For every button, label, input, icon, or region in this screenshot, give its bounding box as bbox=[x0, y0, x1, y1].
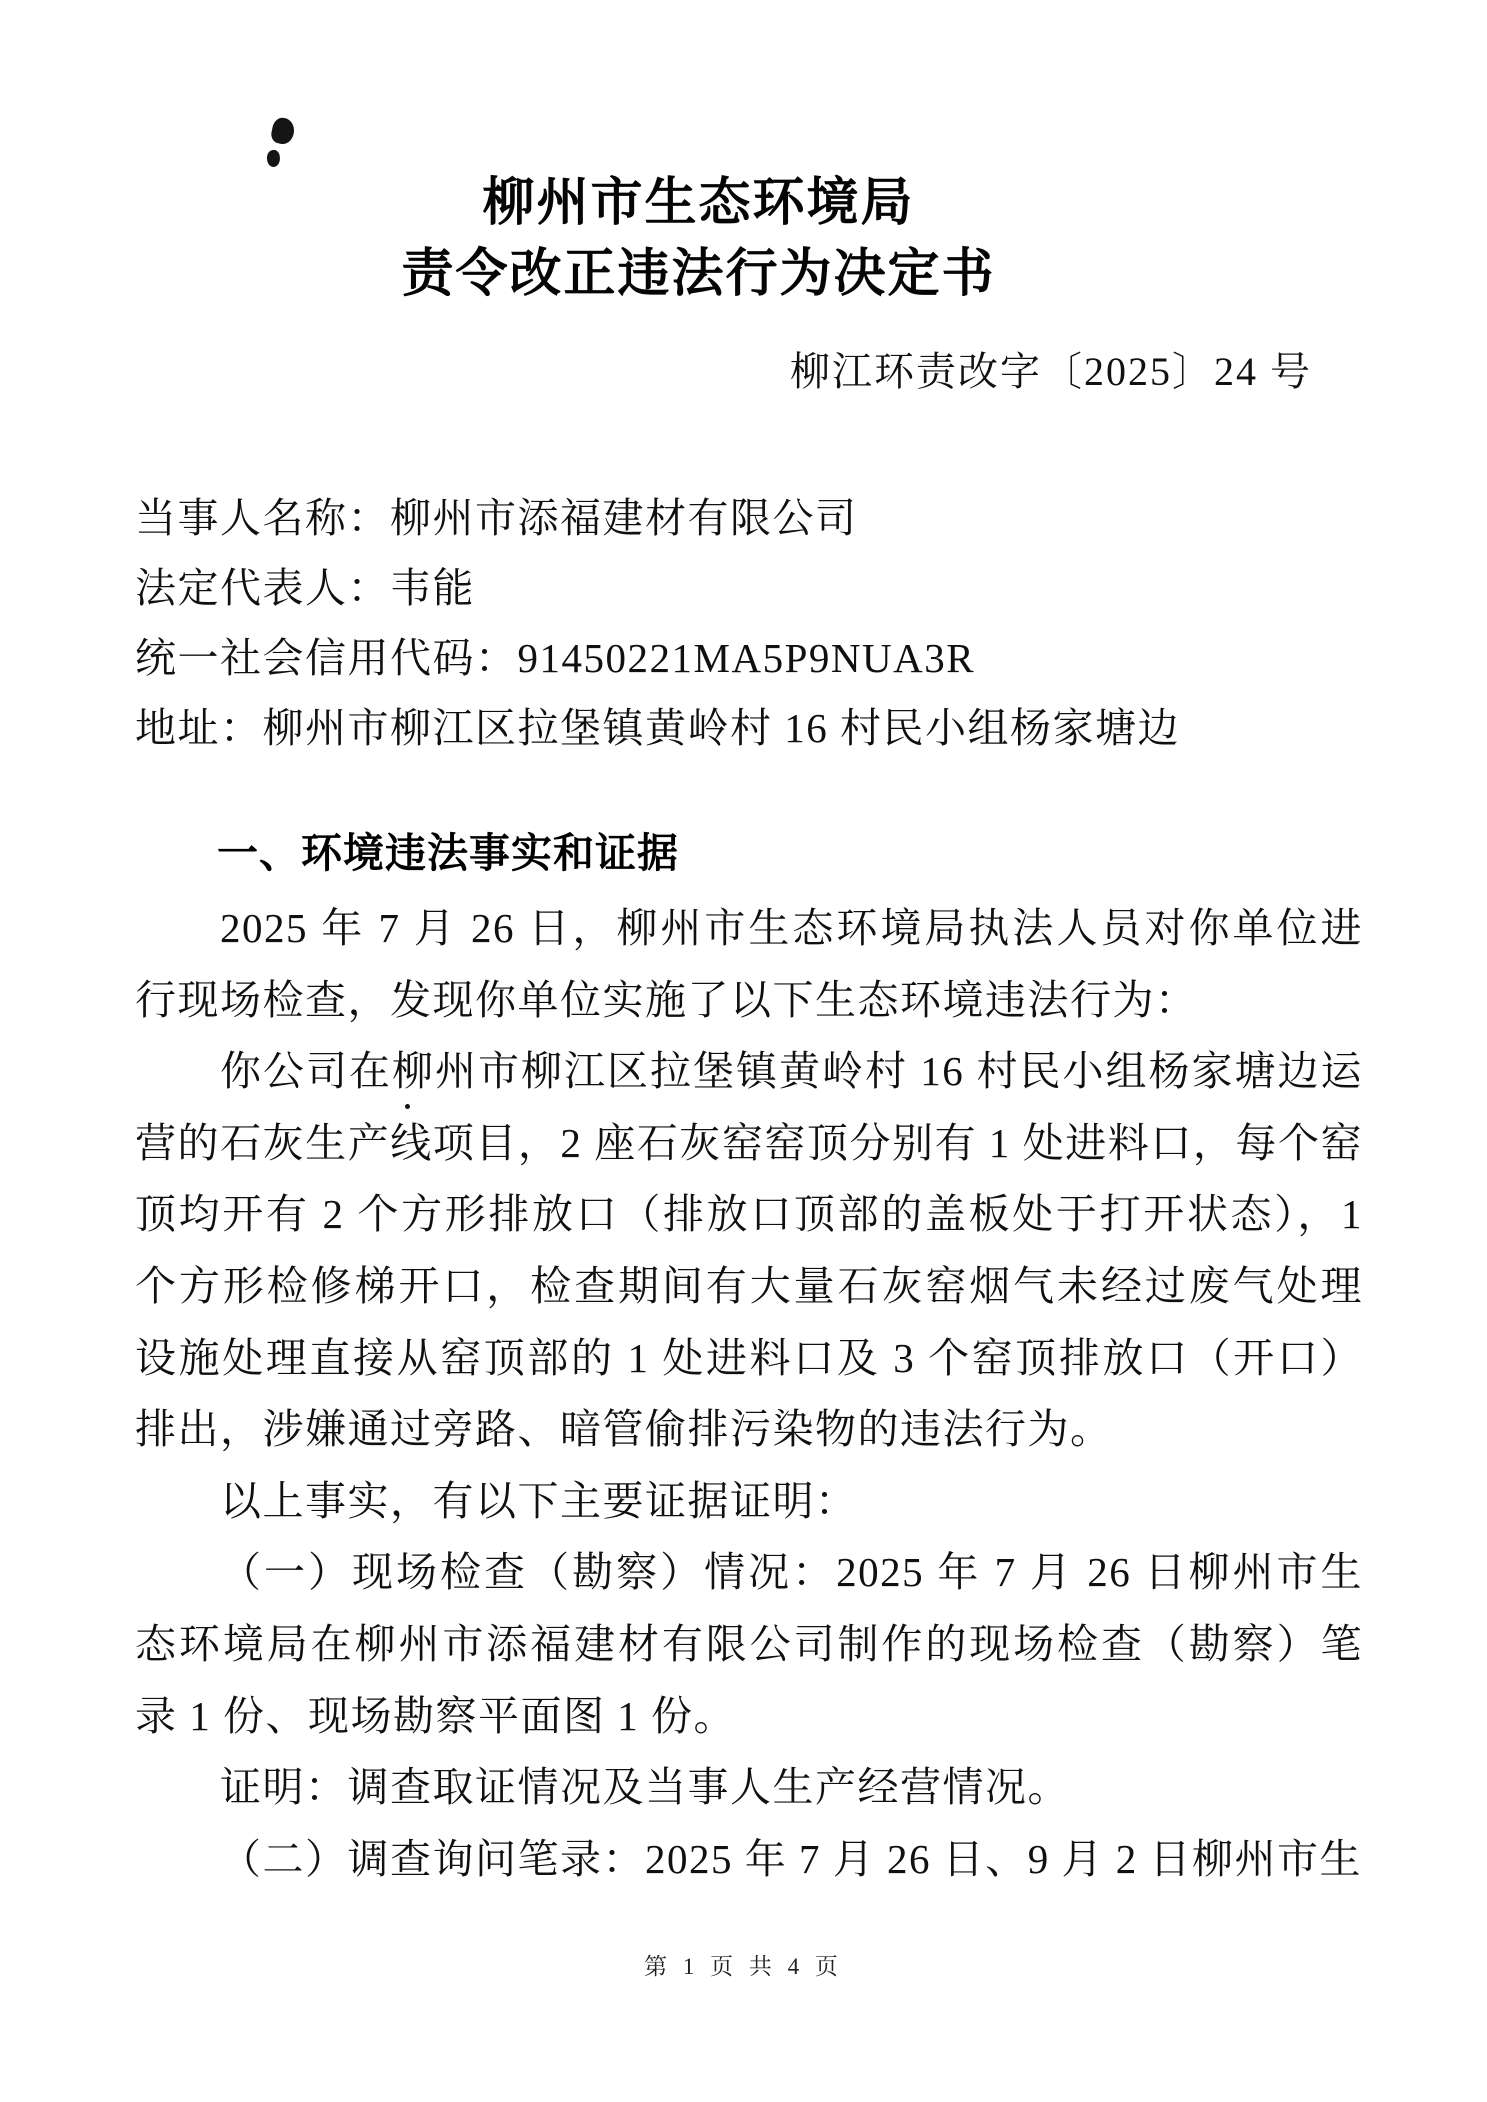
scanned-document-page: 柳州市生态环境局 责令改正违法行为决定书 柳江环责改字〔2025〕24 号 当事… bbox=[0, 0, 1487, 2102]
paragraph-evidence-item1-proof: 证明：调查取证情况及当事人生产经营情况。 bbox=[135, 1752, 1363, 1824]
document-title-line2: 责令改正违法行为决定书 bbox=[0, 239, 1397, 310]
document-number: 柳江环责改字〔2025〕24 号 bbox=[790, 340, 1312, 397]
section1-heading: 一、环境违法事实和证据 bbox=[135, 818, 1363, 889]
scan-artifact bbox=[266, 149, 281, 168]
paragraph-evidence-intro: 以上事实，有以下主要证据证明： bbox=[135, 1466, 1363, 1538]
document-body: 2025 年 7 月 26 日，柳州市生态环境局执法人员对你单位进行现场检查，发… bbox=[135, 893, 1363, 1895]
page-number-indicator: 第 1 页 共 4 页 bbox=[0, 1948, 1487, 1981]
paragraph-violation-facts: 你公司在柳州市柳江区拉堡镇黄岭村 16 村民小组杨家塘边运营的石灰生产线项目，2… bbox=[135, 1036, 1363, 1466]
paragraph-inspection-date: 2025 年 7 月 26 日，柳州市生态环境局执法人员对你单位进行现场检查，发… bbox=[135, 893, 1363, 1036]
party-name-line: 当事人名称：柳州市添福建材有限公司 bbox=[135, 483, 1375, 553]
paragraph-evidence-item2: （二）调查询问笔录：2025 年 7 月 26 日、9 月 2 日柳州市生 bbox=[135, 1824, 1363, 1896]
scan-artifact bbox=[405, 1104, 410, 1109]
document-title: 柳州市生态环境局 责令改正违法行为决定书 bbox=[0, 168, 1397, 310]
scan-artifact bbox=[270, 116, 297, 146]
party-info-block: 当事人名称：柳州市添福建材有限公司 法定代表人：韦能 统一社会信用代码：9145… bbox=[135, 483, 1375, 763]
paragraph-evidence-item1: （一）现场检查（勘察）情况：2025 年 7 月 26 日柳州市生态环境局在柳州… bbox=[135, 1537, 1363, 1752]
document-title-line1: 柳州市生态环境局 bbox=[0, 168, 1397, 239]
legal-representative-line: 法定代表人：韦能 bbox=[135, 553, 1375, 623]
credit-code-line: 统一社会信用代码：91450221MA5P9NUA3R bbox=[135, 623, 1375, 693]
address-line: 地址：柳州市柳江区拉堡镇黄岭村 16 村民小组杨家塘边 bbox=[135, 693, 1375, 763]
